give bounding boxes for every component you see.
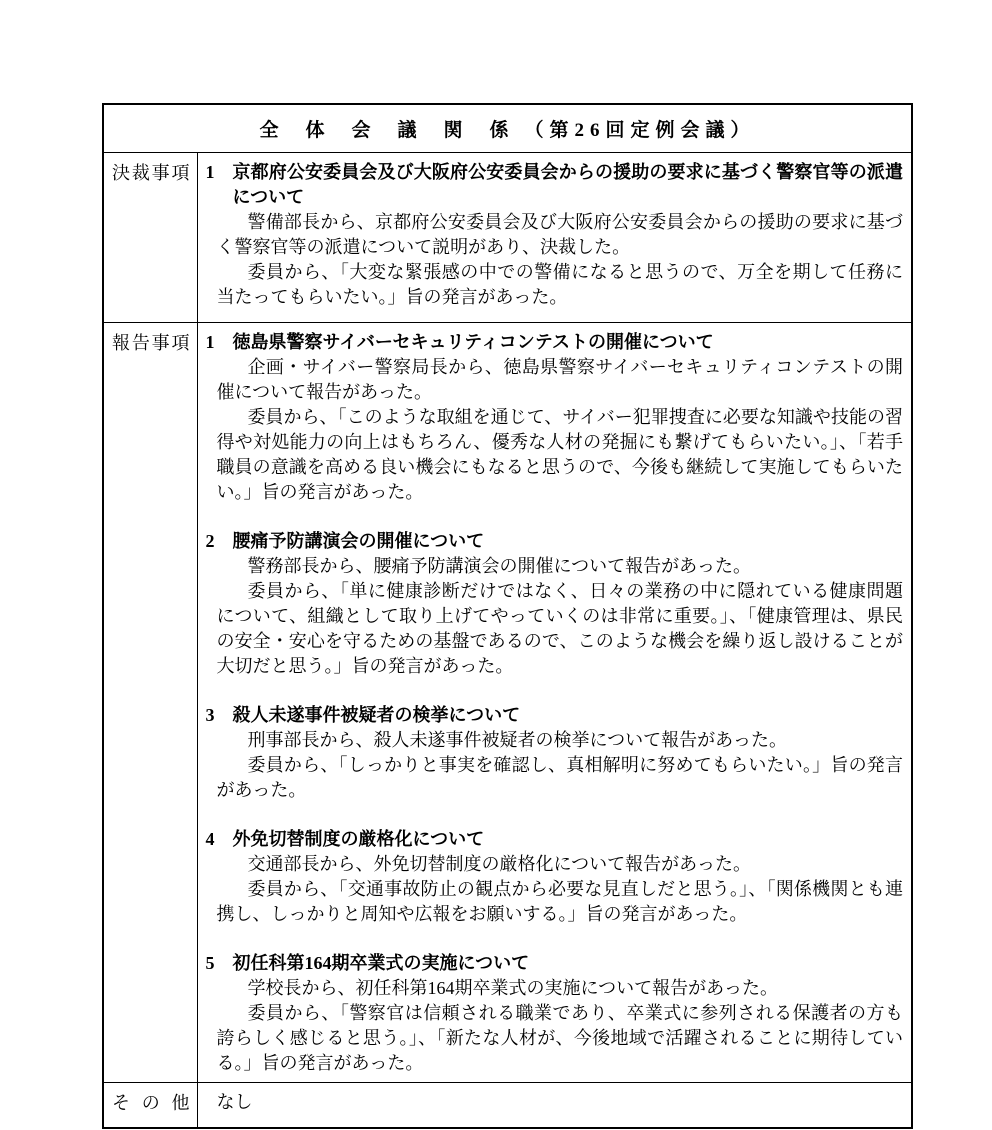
agenda-item-title: 外免切替制度の厳格化について (233, 829, 485, 849)
section-label-decision: 決裁事項 (103, 153, 197, 323)
agenda-item-heading: 3 殺人未遂事件被疑者の検挙について (205, 703, 904, 728)
decision-items-list: 1 京都府公安委員会及び大阪府公安委員会からの援助の要求に基づく警察官等の派遣に… (205, 160, 904, 310)
agenda-item-number: 1 (206, 330, 215, 355)
table-title-sub: （第26回定例会議） (525, 120, 756, 141)
agenda-item: 1 京都府公安委員会及び大阪府公安委員会からの援助の要求に基づく警察官等の派遣に… (205, 160, 904, 310)
section-label-report: 報告事項 (103, 323, 197, 1083)
agenda-item-title: 腰痛予防講演会の開催について (233, 531, 485, 551)
header-row: 全 体 会 議 関 係（第26回定例会議） (103, 104, 912, 153)
agenda-item-title: 京都府公安委員会及び大阪府公安委員会からの援助の要求に基づく警察官等の派遣につい… (233, 162, 904, 207)
agenda-item-title: 徳島県警察サイバーセキュリティコンテストの開催について (233, 332, 714, 352)
table-title-main: 全 体 会 議 関 係 (259, 120, 512, 141)
agenda-item: 5 初任科第164期卒業式の実施について 学校長から、初任科第164期卒業式の実… (205, 951, 904, 1076)
agenda-item-heading: 1 徳島県警察サイバーセキュリティコンテストの開催について (205, 330, 904, 355)
comment-paragraph: 委員から、「交通事故防止の観点から必要な見直しだと思う。」、「関係機関とも連携し… (217, 877, 904, 927)
agenda-item: 4 外免切替制度の厳格化について 交通部長から、外免切替制度の厳格化について報告… (205, 827, 904, 927)
comment-paragraph: 委員から、「警察官は信頼される職業であり、卒業式に参列される保護者の方も誇らしく… (217, 1001, 904, 1076)
agenda-item-number: 3 (206, 703, 215, 728)
other-note: なし (217, 1090, 904, 1115)
agenda-item-number: 1 (206, 160, 215, 185)
comment-paragraph: 委員から、「大変な緊張感の中での警備になると思うので、万全を期して任務に当たって… (217, 260, 904, 310)
comment-paragraph: 委員から、「しっかりと事実を確認し、真相解明に努めてもらいたい。」旨の発言があっ… (217, 753, 904, 803)
section-label-other: その他 (103, 1083, 197, 1129)
agenda-item-title: 殺人未遂事件被疑者の検挙について (233, 705, 521, 725)
comment-paragraph: 委員から、「このような取組を通じて、サイバー犯罪捜査に必要な知識や技能の習得や対… (217, 405, 904, 505)
other-cell: なし (197, 1083, 912, 1129)
minutes-table: 全 体 会 議 関 係（第26回定例会議） 決裁事項 1 京都府公安委員会及び大… (102, 103, 913, 1129)
report-paragraph: 警務部長から、腰痛予防講演会の開催について報告があった。 (217, 554, 904, 579)
agenda-item-number: 4 (206, 827, 215, 852)
document-page: 全 体 会 議 関 係（第26回定例会議） 決裁事項 1 京都府公安委員会及び大… (0, 0, 992, 1130)
report-paragraph: 警備部長から、京都府公安委員会及び大阪府公安委員会からの援助の要求に基づく警察官… (217, 210, 904, 260)
agenda-item-heading: 1 京都府公安委員会及び大阪府公安委員会からの援助の要求に基づく警察官等の派遣に… (205, 160, 904, 210)
report-paragraph: 企画・サイバー警察局長から、徳島県警察サイバーセキュリティコンテストの開催につい… (217, 355, 904, 405)
agenda-item-number: 5 (206, 951, 215, 976)
agenda-item-number: 2 (206, 529, 215, 554)
agenda-item-title: 初任科第164期卒業式の実施について (233, 953, 530, 973)
agenda-item: 2 腰痛予防講演会の開催について 警務部長から、腰痛予防講演会の開催について報告… (205, 529, 904, 679)
decision-items-cell: 1 京都府公安委員会及び大阪府公安委員会からの援助の要求に基づく警察官等の派遣に… (197, 153, 912, 323)
comment-paragraph: 委員から、「単に健康診断だけではなく、日々の業務の中に隠れている健康問題について… (217, 579, 904, 679)
report-items-cell: 1 徳島県警察サイバーセキュリティコンテストの開催について 企画・サイバー警察局… (197, 323, 912, 1083)
report-items-list: 1 徳島県警察サイバーセキュリティコンテストの開催について 企画・サイバー警察局… (205, 330, 904, 1076)
other-row: その他 なし (103, 1083, 912, 1129)
report-paragraph: 交通部長から、外免切替制度の厳格化について報告があった。 (217, 852, 904, 877)
report-paragraph: 刑事部長から、殺人未遂事件被疑者の検挙について報告があった。 (217, 728, 904, 753)
agenda-item-heading: 2 腰痛予防講演会の開催について (205, 529, 904, 554)
agenda-item: 3 殺人未遂事件被疑者の検挙について 刑事部長から、殺人未遂事件被疑者の検挙につ… (205, 703, 904, 803)
decision-items-row: 決裁事項 1 京都府公安委員会及び大阪府公安委員会からの援助の要求に基づく警察官… (103, 153, 912, 323)
report-items-row: 報告事項 1 徳島県警察サイバーセキュリティコンテストの開催について 企画・サイ… (103, 323, 912, 1083)
agenda-item-heading: 4 外免切替制度の厳格化について (205, 827, 904, 852)
agenda-item: 1 徳島県警察サイバーセキュリティコンテストの開催について 企画・サイバー警察局… (205, 330, 904, 505)
report-paragraph: 学校長から、初任科第164期卒業式の実施について報告があった。 (217, 976, 904, 1001)
table-title: 全 体 会 議 関 係（第26回定例会議） (103, 104, 912, 153)
agenda-item-heading: 5 初任科第164期卒業式の実施について (205, 951, 904, 976)
